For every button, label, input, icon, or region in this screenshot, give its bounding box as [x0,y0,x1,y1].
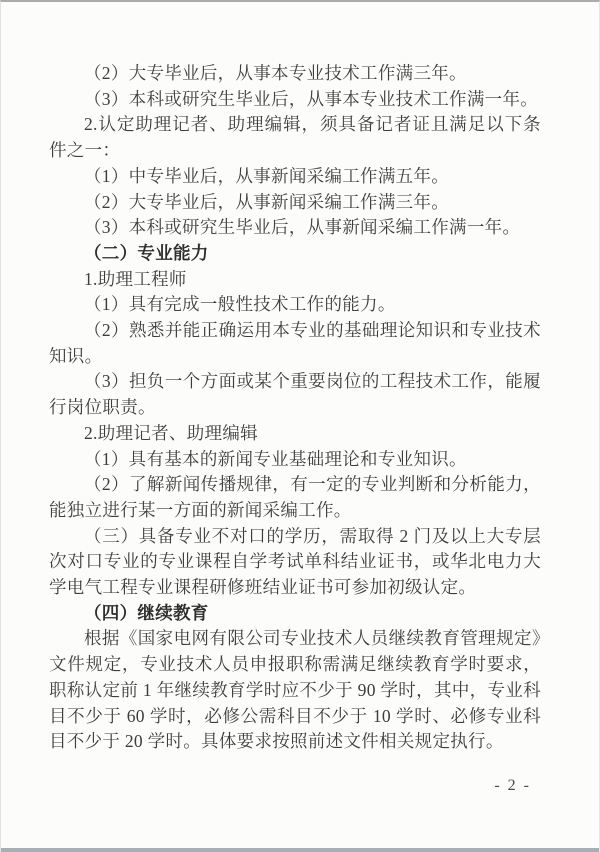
paragraph: （2）大专毕业后，从事本专业技术工作满三年。 [49,61,541,87]
paragraph: 1.助理工程师 [49,267,541,293]
paragraph: （2）了解新闻传播规律，有一定的专业判断和分析能力，能独立进行某一方面的新闻采编… [49,472,541,523]
paragraph: 2.认定助理记者、助理编辑，须具备记者证且满足以下条件之一： [49,112,541,163]
paragraph: （3）担负一个方面或某个重要岗位的工程技术工作，能履行岗位职责。 [49,369,541,420]
document-body: （2）大专毕业后，从事本专业技术工作满三年。（3）本科或研究生毕业后，从事本专业… [49,61,541,755]
paragraph: （3）本科或研究生毕业后，从事本专业技术工作满一年。 [49,87,541,113]
document-page: （2）大专毕业后，从事本专业技术工作满三年。（3）本科或研究生毕业后，从事本专业… [0,0,600,852]
page-number: - 2 - [494,777,531,795]
paragraph: （2）大专毕业后，从事新闻采编工作满三年。 [49,190,541,216]
section-heading: （二）专业能力 [49,241,541,267]
paragraph: （1）具有完成一般性技术工作的能力。 [49,292,541,318]
paragraph: （3）本科或研究生毕业后，从事新闻采编工作满一年。 [49,215,541,241]
paragraph: （2）熟悉并能正确运用本专业的基础理论知识和专业技术知识。 [49,318,541,369]
paragraph: 根据《国家电网有限公司专业技术人员继续教育管理规定》文件规定，专业技术人员申报职… [49,626,541,755]
paragraph: （三）具备专业不对口的学历，需取得 2 门及以上大专层次对口专业的专业课程自学考… [49,524,541,601]
paragraph: 2.助理记者、助理编辑 [49,421,541,447]
paragraph: （1）中专毕业后，从事新闻采编工作满五年。 [49,164,541,190]
section-heading: （四）继续教育 [49,601,541,627]
paragraph: （1）具有基本的新闻专业基础理论和专业知识。 [49,447,541,473]
